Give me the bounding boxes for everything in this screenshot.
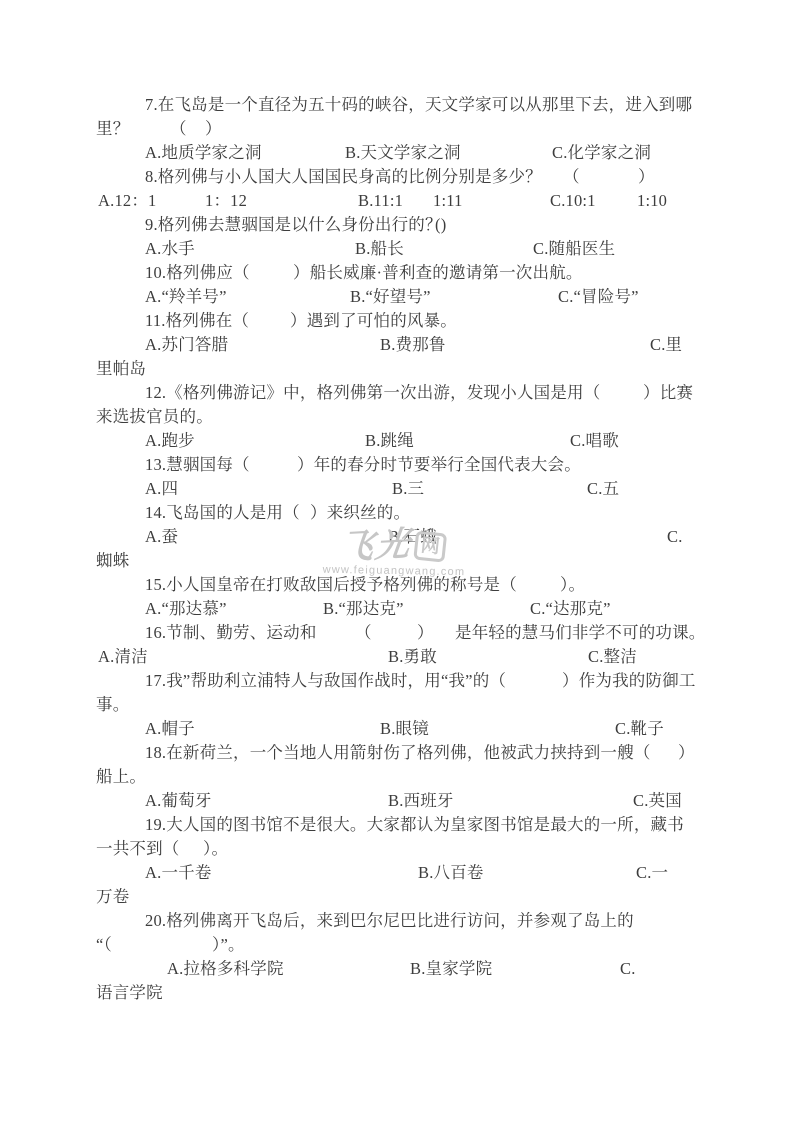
text-segment: B.船长	[355, 237, 404, 261]
text-segment: 来选拔官员的。	[96, 405, 213, 429]
document-line: A.蚕B.石蛾C.	[0, 525, 793, 549]
text-segment: A.一千卷	[145, 861, 212, 885]
text-segment: C.五	[587, 477, 619, 501]
document-body: 7.在飞岛是一个直径为五十码的峡谷，天文学家可以从那里下去，进入到哪里？（）A.…	[0, 93, 793, 1005]
text-segment: ）	[638, 165, 655, 189]
text-segment: B.八百卷	[418, 861, 484, 885]
text-segment: 9.格列佛去慧骃国是以什么身份出行的？	[145, 213, 442, 237]
text-segment: ()	[435, 213, 446, 237]
text-segment: ）	[205, 117, 222, 141]
text-segment: C.“冒险号”	[558, 285, 639, 309]
text-segment: B.三	[392, 477, 424, 501]
text-segment: ）遇到了可怕的风暴。	[290, 309, 457, 333]
document-line: 17.我”帮助利立浦特人与敌国作战时，用“我”的（）作为我的防御工	[0, 669, 793, 693]
document-line: A.帽子B.眼镜C.靴子	[0, 717, 793, 741]
text-segment: 1：12	[205, 189, 247, 213]
text-segment: C.10:1	[550, 189, 596, 213]
text-segment: 万卷	[96, 885, 129, 909]
text-segment: C.随船医生	[533, 237, 615, 261]
text-segment: ）	[678, 741, 695, 765]
document-line: 12.《格列佛游记》中，格列佛第一次出游，发现小人国是用（）比赛	[0, 381, 793, 405]
text-segment: C.	[620, 957, 636, 981]
text-segment: B.费那鲁	[380, 333, 446, 357]
text-segment: 一共不到（	[96, 837, 180, 861]
document-line: 7.在飞岛是一个直径为五十码的峡谷，天文学家可以从那里下去，进入到哪	[0, 93, 793, 117]
text-segment: （	[355, 621, 372, 645]
text-segment: A.拉格多科学院	[167, 957, 284, 981]
text-segment: A.蚕	[145, 525, 178, 549]
text-segment: B.眼镜	[380, 717, 429, 741]
document-line: “（）”。	[0, 933, 793, 957]
text-segment: ）比赛	[643, 381, 693, 405]
text-segment: 事。	[96, 693, 129, 717]
document-line: A.苏门答腊B.费那鲁C.里	[0, 333, 793, 357]
text-segment: B.11:1	[358, 189, 403, 213]
text-segment: C.	[667, 525, 683, 549]
text-segment: C.唱歌	[570, 429, 619, 453]
text-segment: ）	[417, 621, 434, 645]
exam-page: 7.在飞岛是一个直径为五十码的峡谷，天文学家可以从那里下去，进入到哪里？（）A.…	[0, 0, 793, 1122]
text-segment: 7.在飞岛是一个直径为五十码的峡谷，天文学家可以从那里下去，进入到哪	[145, 93, 692, 117]
document-line: 20.格列佛离开飞岛后，来到巴尔尼巴比进行访问，并参观了岛上的	[0, 909, 793, 933]
text-segment: C.英国	[633, 789, 682, 813]
document-line: A.“羚羊号”B.“好望号”C.“冒险号”	[0, 285, 793, 309]
text-segment: 10.格列佛应（	[145, 261, 250, 285]
text-segment: A.清洁	[98, 645, 148, 669]
text-segment: ）来织丝的。	[310, 501, 410, 525]
text-segment: 1:11	[433, 189, 463, 213]
text-segment: 15.小人国皇帝在打败敌国后授予格列佛的称号是（	[145, 573, 517, 597]
text-segment: A.“羚羊号”	[145, 285, 227, 309]
text-segment: A.苏门答腊	[145, 333, 228, 357]
text-segment: A.帽子	[145, 717, 195, 741]
text-segment: A.水手	[145, 237, 195, 261]
document-line: 16.节制、勤劳、运动和（）是年轻的慧马们非学不可的功课。	[0, 621, 793, 645]
document-line: A.跑步B.跳绳C.唱歌	[0, 429, 793, 453]
text-segment: ）”。	[212, 933, 245, 957]
document-line: 蜘蛛	[0, 549, 793, 573]
text-segment: 16.节制、勤劳、运动和	[145, 621, 317, 645]
text-segment: ）作为我的防御工	[562, 669, 696, 693]
text-segment: ）。	[203, 837, 228, 861]
text-segment: 语言学院	[96, 981, 163, 1005]
text-segment: A.葡萄牙	[145, 789, 212, 813]
text-segment: C.“达那克”	[530, 597, 611, 621]
text-segment: A.12：1	[98, 189, 157, 213]
text-segment: 20.格列佛离开飞岛后，来到巴尔尼巴比进行访问，并参观了岛上的	[145, 909, 634, 933]
text-segment: A.地质学家之洞	[145, 141, 262, 165]
document-line: 里？（）	[0, 117, 793, 141]
document-line: 15.小人国皇帝在打败敌国后授予格列佛的称号是（）。	[0, 573, 793, 597]
document-line: 语言学院	[0, 981, 793, 1005]
text-segment: “（	[96, 933, 112, 957]
document-line: 11.格列佛在（）遇到了可怕的风暴。	[0, 309, 793, 333]
document-line: 9.格列佛去慧骃国是以什么身份出行的？()	[0, 213, 793, 237]
text-segment: 14.飞岛国的人是用（	[145, 501, 300, 525]
document-line: 船上。	[0, 765, 793, 789]
document-line: 10.格列佛应（）船长威廉·普利查的邀请第一次出航。	[0, 261, 793, 285]
document-line: A.葡萄牙B.西班牙C.英国	[0, 789, 793, 813]
text-segment: 17.我”帮助利立浦特人与敌国作战时，用“我”的（	[145, 669, 506, 693]
document-line: 事。	[0, 693, 793, 717]
text-segment: C.一	[636, 861, 668, 885]
document-line: 13.慧骃国每（）年的春分时节要举行全国代表大会。	[0, 453, 793, 477]
document-line: A.一千卷B.八百卷C.一	[0, 861, 793, 885]
document-line: 一共不到（）。	[0, 837, 793, 861]
text-segment: B.石蛾	[388, 525, 437, 549]
document-line: A.拉格多科学院B.皇家学院C.	[0, 957, 793, 981]
text-segment: 13.慧骃国每（	[145, 453, 250, 477]
document-line: 8.格列佛与小人国大人国国民身高的比例分别是多少？（）	[0, 165, 793, 189]
text-segment: B.勇敢	[388, 645, 437, 669]
document-line: A.水手B.船长C.随船医生	[0, 237, 793, 261]
text-segment: A.跑步	[145, 429, 195, 453]
text-segment: C.整洁	[588, 645, 637, 669]
document-line: 18.在新荷兰，一个当地人用箭射伤了格列佛，他被武力挟持到一艘（）	[0, 741, 793, 765]
document-line: 来选拔官员的。	[0, 405, 793, 429]
text-segment: ）年的春分时节要举行全国代表大会。	[297, 453, 581, 477]
text-segment: B.“好望号”	[350, 285, 431, 309]
text-segment: 8.格列佛与小人国大人国国民身高的比例分别是多少？	[145, 165, 542, 189]
text-segment: C.里	[650, 333, 682, 357]
text-segment: C.靴子	[615, 717, 664, 741]
text-segment: 1:10	[637, 189, 667, 213]
text-segment: ）。	[560, 573, 585, 597]
document-line: 19.大人国的图书馆不是很大。大家都认为皇家图书馆是最大的一所，藏书	[0, 813, 793, 837]
text-segment: 蜘蛛	[96, 549, 129, 573]
text-segment: 里帕岛	[96, 357, 146, 381]
text-segment: C.化学家之洞	[552, 141, 651, 165]
text-segment: B.天文学家之洞	[345, 141, 461, 165]
text-segment: 船上。	[96, 765, 146, 789]
text-segment: A.四	[145, 477, 178, 501]
text-segment: B.“那达克”	[323, 597, 404, 621]
text-segment: 11.格列佛在（	[145, 309, 249, 333]
document-line: 14.飞岛国的人是用（）来织丝的。	[0, 501, 793, 525]
text-segment: （	[563, 165, 580, 189]
text-segment: 19.大人国的图书馆不是很大。大家都认为皇家图书馆是最大的一所，藏书	[145, 813, 684, 837]
document-line: 万卷	[0, 885, 793, 909]
text-segment: 18.在新荷兰，一个当地人用箭射伤了格列佛，他被武力挟持到一艘（	[145, 741, 651, 765]
text-segment: 里？	[96, 117, 129, 141]
text-segment: B.西班牙	[388, 789, 454, 813]
document-line: 里帕岛	[0, 357, 793, 381]
text-segment: A.“那达慕”	[145, 597, 227, 621]
document-line: A.“那达慕”B.“那达克”C.“达那克”	[0, 597, 793, 621]
document-line: A.12：11：12B.11:11:11C.10:11:10	[0, 189, 793, 213]
text-segment: （	[170, 117, 187, 141]
text-segment: 是年轻的慧马们非学不可的功课。	[455, 621, 706, 645]
document-line: A.地质学家之洞B.天文学家之洞C.化学家之洞	[0, 141, 793, 165]
text-segment: ）船长威廉·普利查的邀请第一次出航。	[293, 261, 583, 285]
document-line: A.清洁B.勇敢C.整洁	[0, 645, 793, 669]
text-segment: B.皇家学院	[410, 957, 492, 981]
document-line: A.四B.三C.五	[0, 477, 793, 501]
text-segment: 12.《格列佛游记》中，格列佛第一次出游，发现小人国是用（	[145, 381, 600, 405]
text-segment: B.跳绳	[365, 429, 414, 453]
